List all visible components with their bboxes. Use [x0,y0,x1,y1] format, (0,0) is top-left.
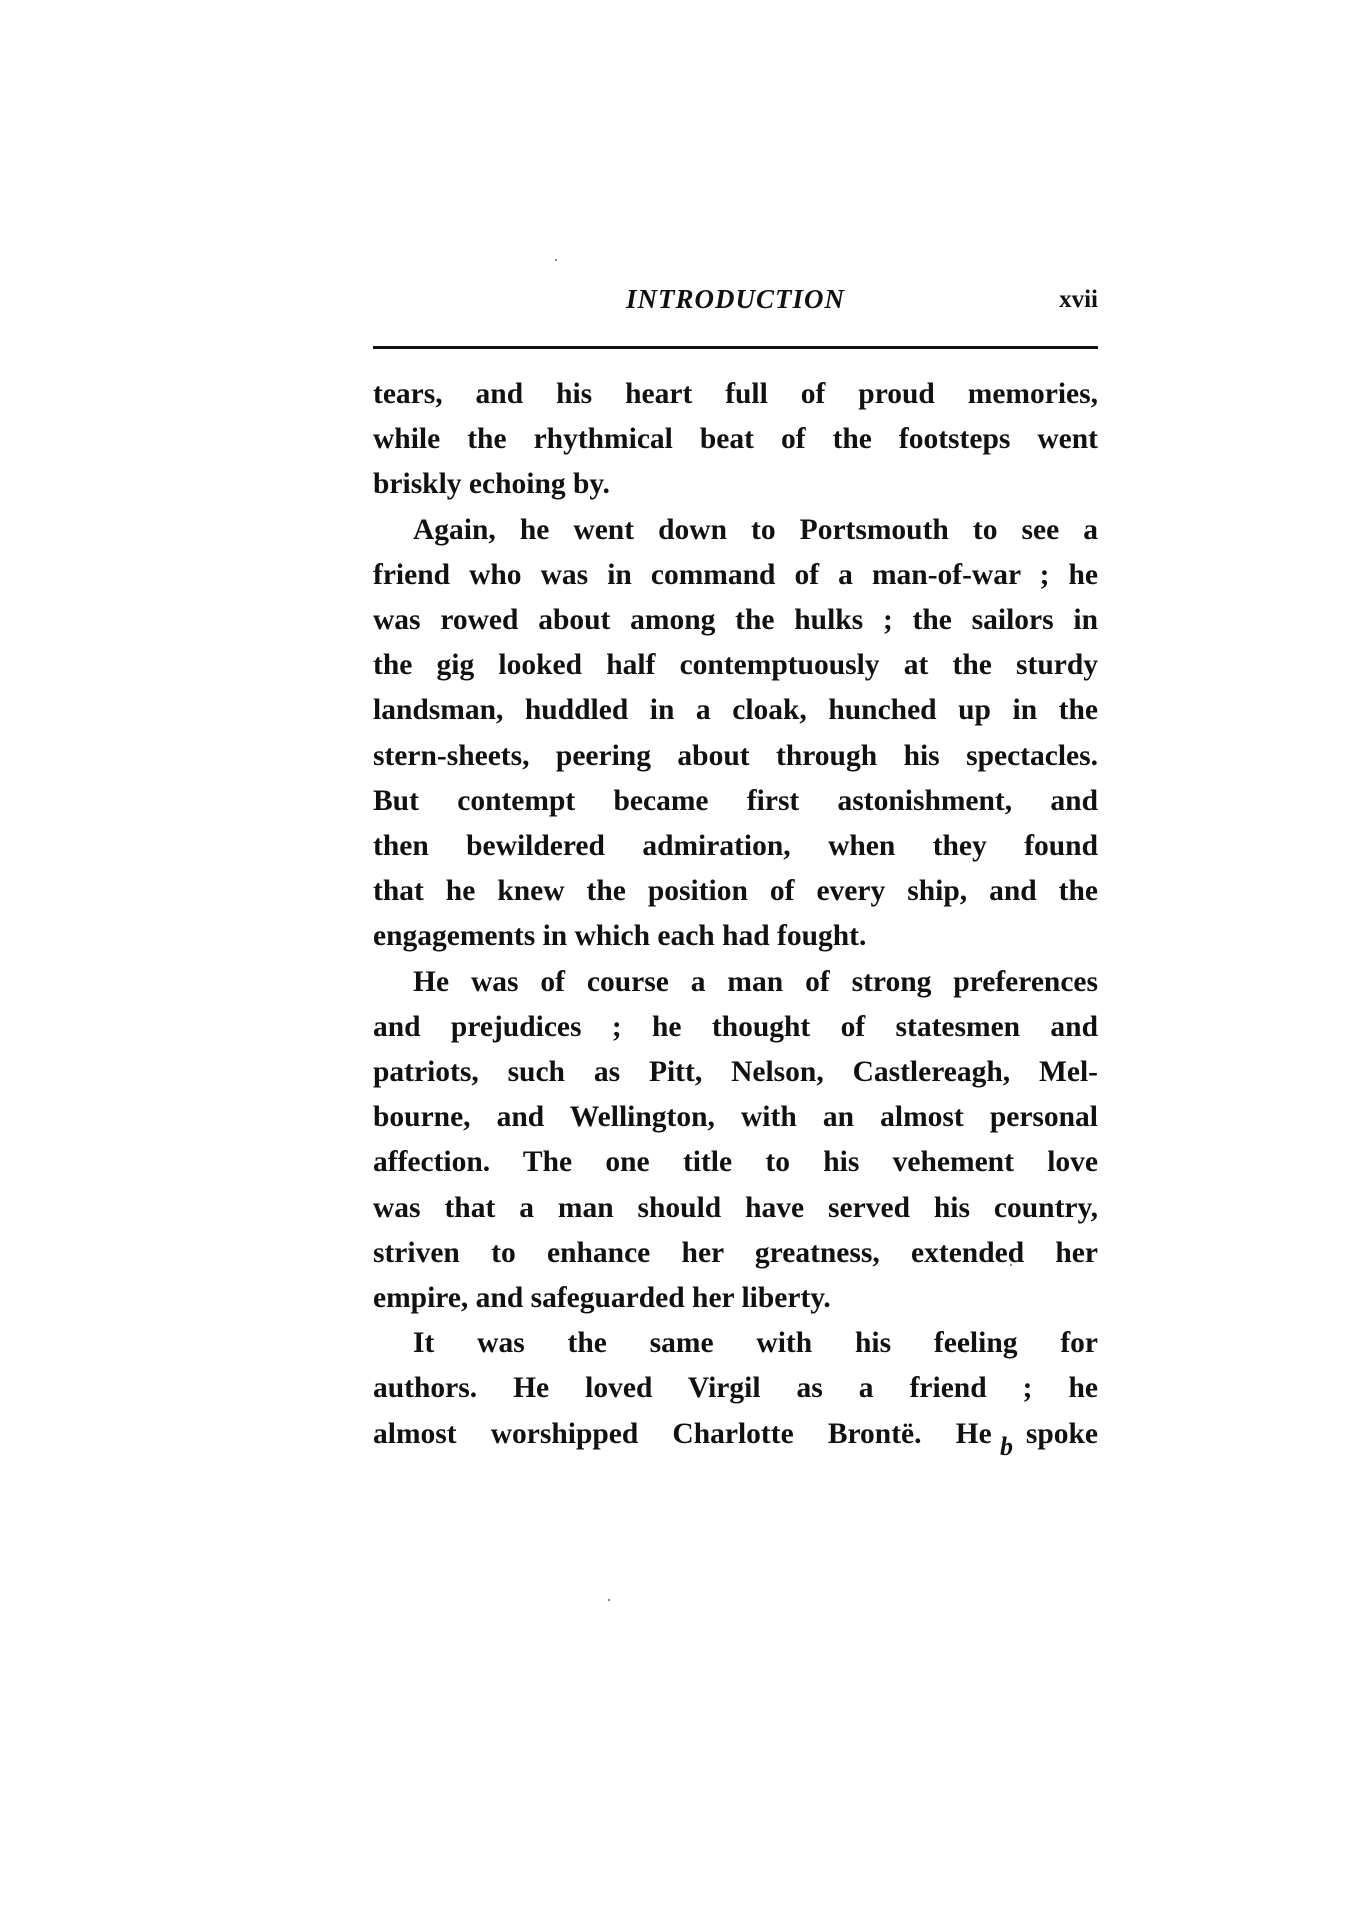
text-line: Again, he went down to Portsmouth to see… [373,508,1098,553]
header-rule [373,346,1098,349]
text-line: and prejudices ; he thought of statesmen… [373,1005,1098,1050]
text-line: was rowed about among the hulks ; the sa… [373,598,1098,643]
running-title: INTRODUCTION [373,284,1098,315]
text-line: landsman, huddled in a cloak, hunched up… [373,688,1098,733]
book-page: INTRODUCTION xvii tears, and his heart f… [0,0,1354,1921]
text-line: was that a man should have served his co… [373,1186,1098,1231]
text-line: affection. The one title to his vehement… [373,1140,1098,1185]
text-line: then bewildered admiration, when they fo… [373,824,1098,869]
page-number: xvii [1059,286,1098,314]
text-line: authors. He loved Virgil as a friend ; h… [373,1366,1098,1411]
text-line: while the rhythmical beat of the footste… [373,417,1098,462]
text-line: briskly echoing by. [373,462,1098,507]
text-line: friend who was in command of a man-of-wa… [373,553,1098,598]
running-head: INTRODUCTION xvii [373,282,1098,322]
text-line: But contempt became first astonishment, … [373,779,1098,824]
text-line: that he knew the position of every ship,… [373,869,1098,914]
text-line: striven to enhance her greatness, extend… [373,1231,1098,1276]
paragraph-1: tears, and his heart full of proud memor… [373,372,1098,508]
signature-mark: b [1000,1432,1013,1462]
text-line: tears, and his heart full of proud memor… [373,372,1098,417]
paragraph-3: He was of course a man of strong prefere… [373,960,1098,1322]
scan-speck [555,259,557,261]
text-line: patriots, such as Pitt, Nelson, Castlere… [373,1050,1098,1095]
text-line: engagements in which each had fought. [373,914,1098,959]
text-line: empire, and safeguarded her liberty. [373,1276,1098,1321]
text-line: stern-sheets, peering about through his … [373,734,1098,779]
text-line: the gig looked half contemptuously at th… [373,643,1098,688]
text-line: He was of course a man of strong prefere… [373,960,1098,1005]
scan-speck [608,1599,610,1601]
body-text: tears, and his heart full of proud memor… [373,372,1098,1457]
paragraph-2: Again, he went down to Portsmouth to see… [373,508,1098,960]
paragraph-4: It was the same with his feeling for aut… [373,1321,1098,1457]
text-line: almost worshipped Charlotte Brontë. He s… [373,1412,1098,1457]
text-line: It was the same with his feeling for [373,1321,1098,1366]
scan-speck [1010,1264,1012,1266]
text-line: bourne, and Wellington, with an almost p… [373,1095,1098,1140]
